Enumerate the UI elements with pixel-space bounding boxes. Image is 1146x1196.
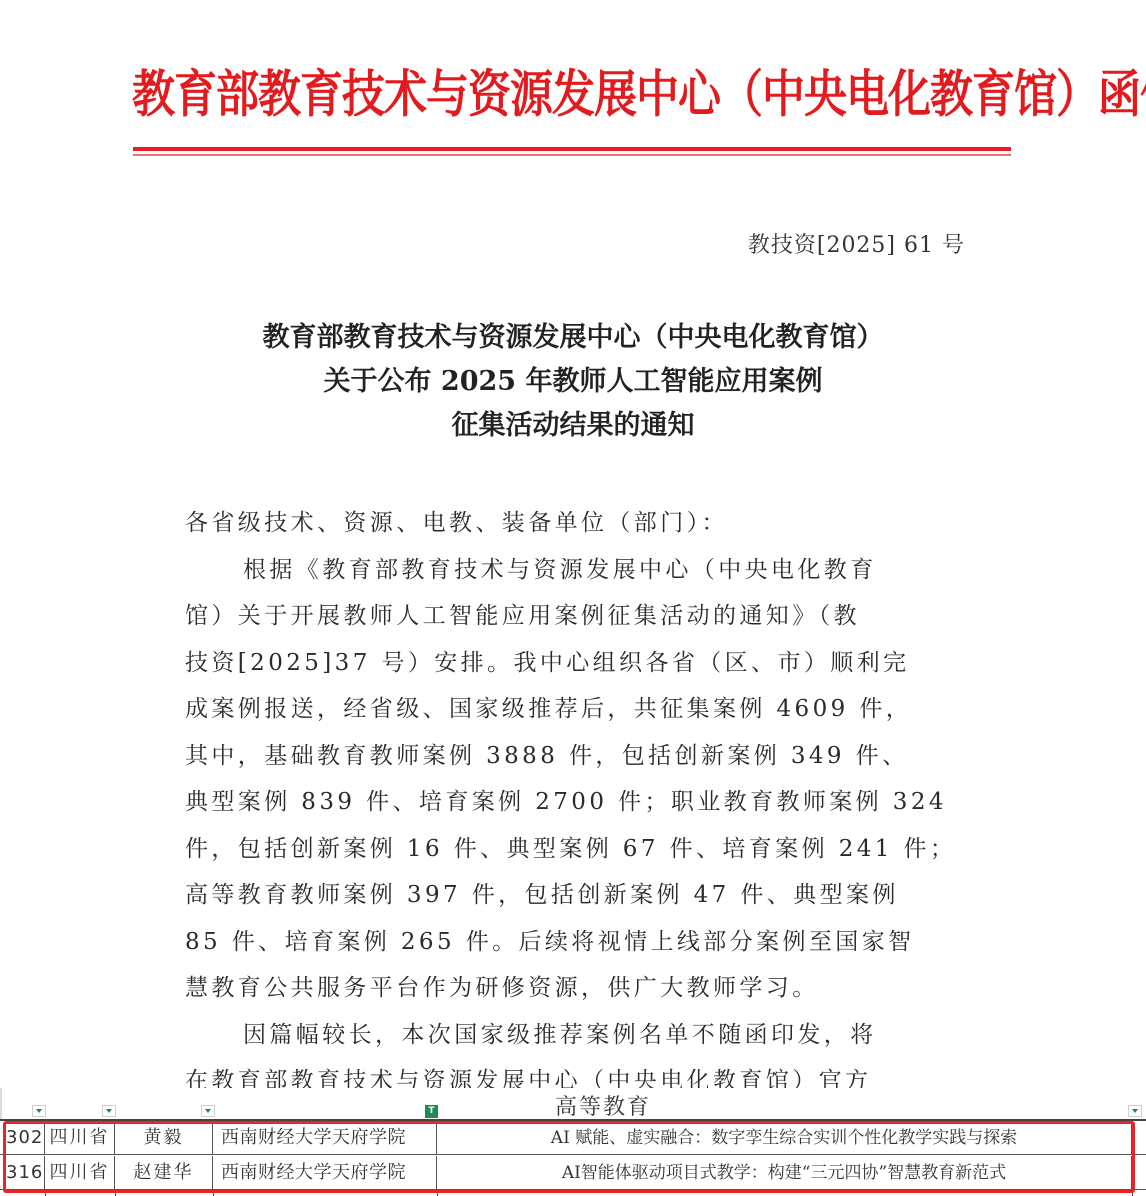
cell-case-title[interactable]: AI 赋能、虚实融合：数字孪生综合实训个性化教学实践与探索	[437, 1121, 1132, 1155]
filter-dropdown-icon[interactable]	[102, 1105, 116, 1117]
letterhead-red-rule	[133, 147, 1011, 151]
letterhead-red-rule-thin	[133, 154, 1011, 156]
filter-dropdown-icon[interactable]	[1128, 1105, 1142, 1117]
cell-id[interactable]: 302	[4, 1121, 45, 1155]
letterhead-title: 教育部教育技术与资源发展中心（中央电化教育馆）函件	[132, 62, 1012, 138]
document-title: 教育部教育技术与资源发展中心（中央电化教育馆） 关于公布 2025 年教师人工智…	[150, 316, 996, 448]
section-title: 高等教育	[555, 1090, 651, 1121]
document-title-line-3: 征集活动结果的通知	[150, 404, 996, 448]
cell-id[interactable]: 316	[4, 1156, 45, 1190]
filter-dropdown-icon[interactable]	[32, 1105, 46, 1117]
body-line: 因篇幅较长，本次国家级推荐案例名单不随函印发，将	[185, 1012, 970, 1059]
filter-active-icon[interactable]: T	[425, 1105, 438, 1118]
body-line: 成案例报送，经省级、国家级推荐后，共征集案例 4609 件，	[185, 686, 970, 733]
body-line: 其中，基础教育教师案例 3888 件，包括创新案例 349 件、	[185, 733, 970, 780]
body-line: 根据《教育部教育技术与资源发展中心（中央电化教育	[185, 547, 970, 594]
cell-province[interactable]: 四川省	[45, 1156, 115, 1190]
body-line: 慧教育公共服务平台作为研修资源，供广大教师学习。	[185, 965, 970, 1012]
table-row[interactable]: 302 四川省 黄毅 西南财经大学天府学院 AI 赋能、虚实融合：数字孪生综合实…	[0, 1121, 1146, 1155]
document-page: 教育部教育技术与资源发展中心（中央电化教育馆）函件 教技资[2025] 61 号…	[0, 0, 1146, 1090]
spreadsheet-excerpt: T 高等教育 302 四川省 黄毅 西南财经大学天府学院 AI 赋能、虚实融合：…	[0, 1088, 1146, 1196]
cell-name[interactable]: 黄毅	[115, 1121, 213, 1155]
body-line: 件，包括创新案例 16 件、典型案例 67 件、培育案例 241 件；	[185, 826, 970, 873]
filter-dropdown-icon[interactable]	[201, 1105, 215, 1117]
salutation: 各省级技术、资源、电教、装备单位（部门）：	[185, 500, 970, 547]
body-line: 技资[2025]37 号）安排。我中心组织各省（区、市）顺利完	[185, 640, 970, 687]
document-title-line-2: 关于公布 2025 年教师人工智能应用案例	[150, 360, 996, 404]
document-number: 教技资[2025] 61 号	[700, 228, 965, 259]
spreadsheet-header-row: T 高等教育	[0, 1088, 1146, 1119]
body-line: 85 件、培育案例 265 件。后续将视情上线部分案例至国家智	[185, 919, 970, 966]
grid-partial-row	[0, 1191, 1146, 1196]
spreadsheet-grid: 302 四川省 黄毅 西南财经大学天府学院 AI 赋能、虚实融合：数字孪生综合实…	[0, 1121, 1146, 1196]
cell-name[interactable]: 赵建华	[115, 1156, 213, 1190]
cell-province[interactable]: 四川省	[45, 1121, 115, 1155]
cell-case-title[interactable]: AI智能体驱动项目式教学：构建“三元四协”智慧教育新范式	[437, 1156, 1132, 1190]
body-line: 馆）关于开展教师人工智能应用案例征集活动的通知》（教	[185, 593, 970, 640]
document-body: 各省级技术、资源、电教、装备单位（部门）： 根据《教育部教育技术与资源发展中心（…	[185, 500, 970, 1105]
cell-school[interactable]: 西南财经大学天府学院	[213, 1121, 437, 1155]
body-line: 典型案例 839 件、培育案例 2700 件；职业教育教师案例 324	[185, 779, 970, 826]
table-row[interactable]: 316 四川省 赵建华 西南财经大学天府学院 AI智能体驱动项目式教学：构建“三…	[0, 1156, 1146, 1190]
body-line: 高等教育教师案例 397 件，包括创新案例 47 件、典型案例	[185, 872, 970, 919]
cell-extra[interactable]	[1132, 1121, 1146, 1155]
document-title-line-1: 教育部教育技术与资源发展中心（中央电化教育馆）	[150, 316, 996, 360]
cell-extra[interactable]	[1132, 1156, 1146, 1190]
cell-school[interactable]: 西南财经大学天府学院	[213, 1156, 437, 1190]
